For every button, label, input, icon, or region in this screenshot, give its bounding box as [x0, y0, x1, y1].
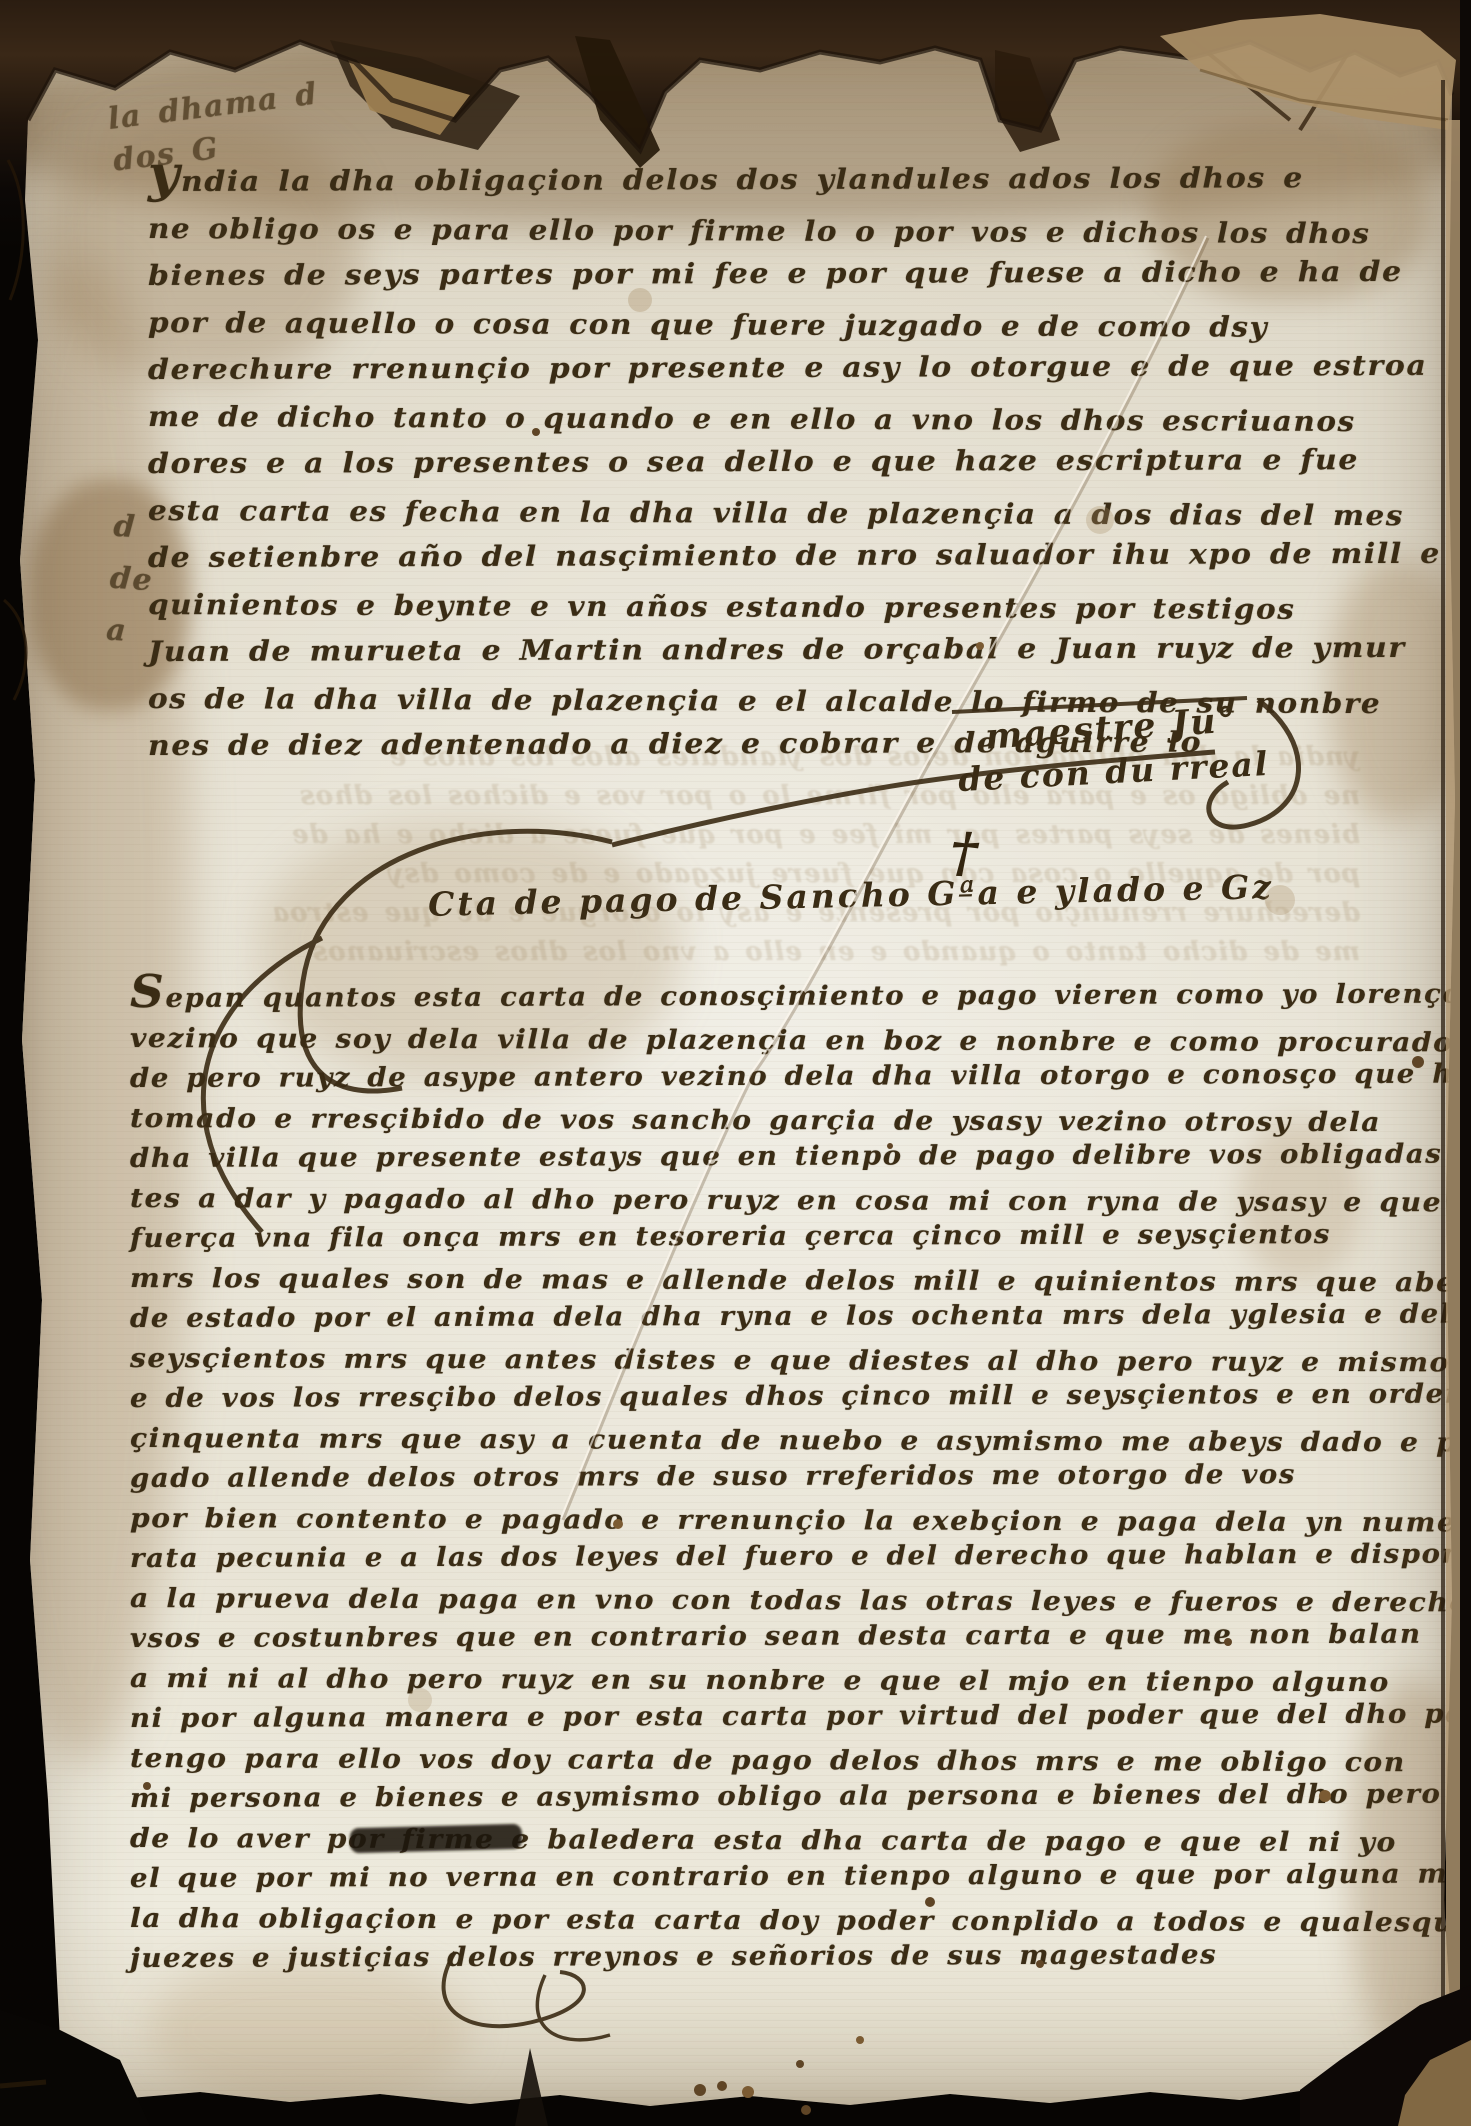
edge-vignette [0, 0, 1471, 2126]
manuscript-page: yndia la dha obligaçion delos dos ylandu… [0, 0, 1471, 2126]
manuscript-photograph: yndia la dha obligaçion delos dos ylandu… [0, 0, 1471, 2126]
